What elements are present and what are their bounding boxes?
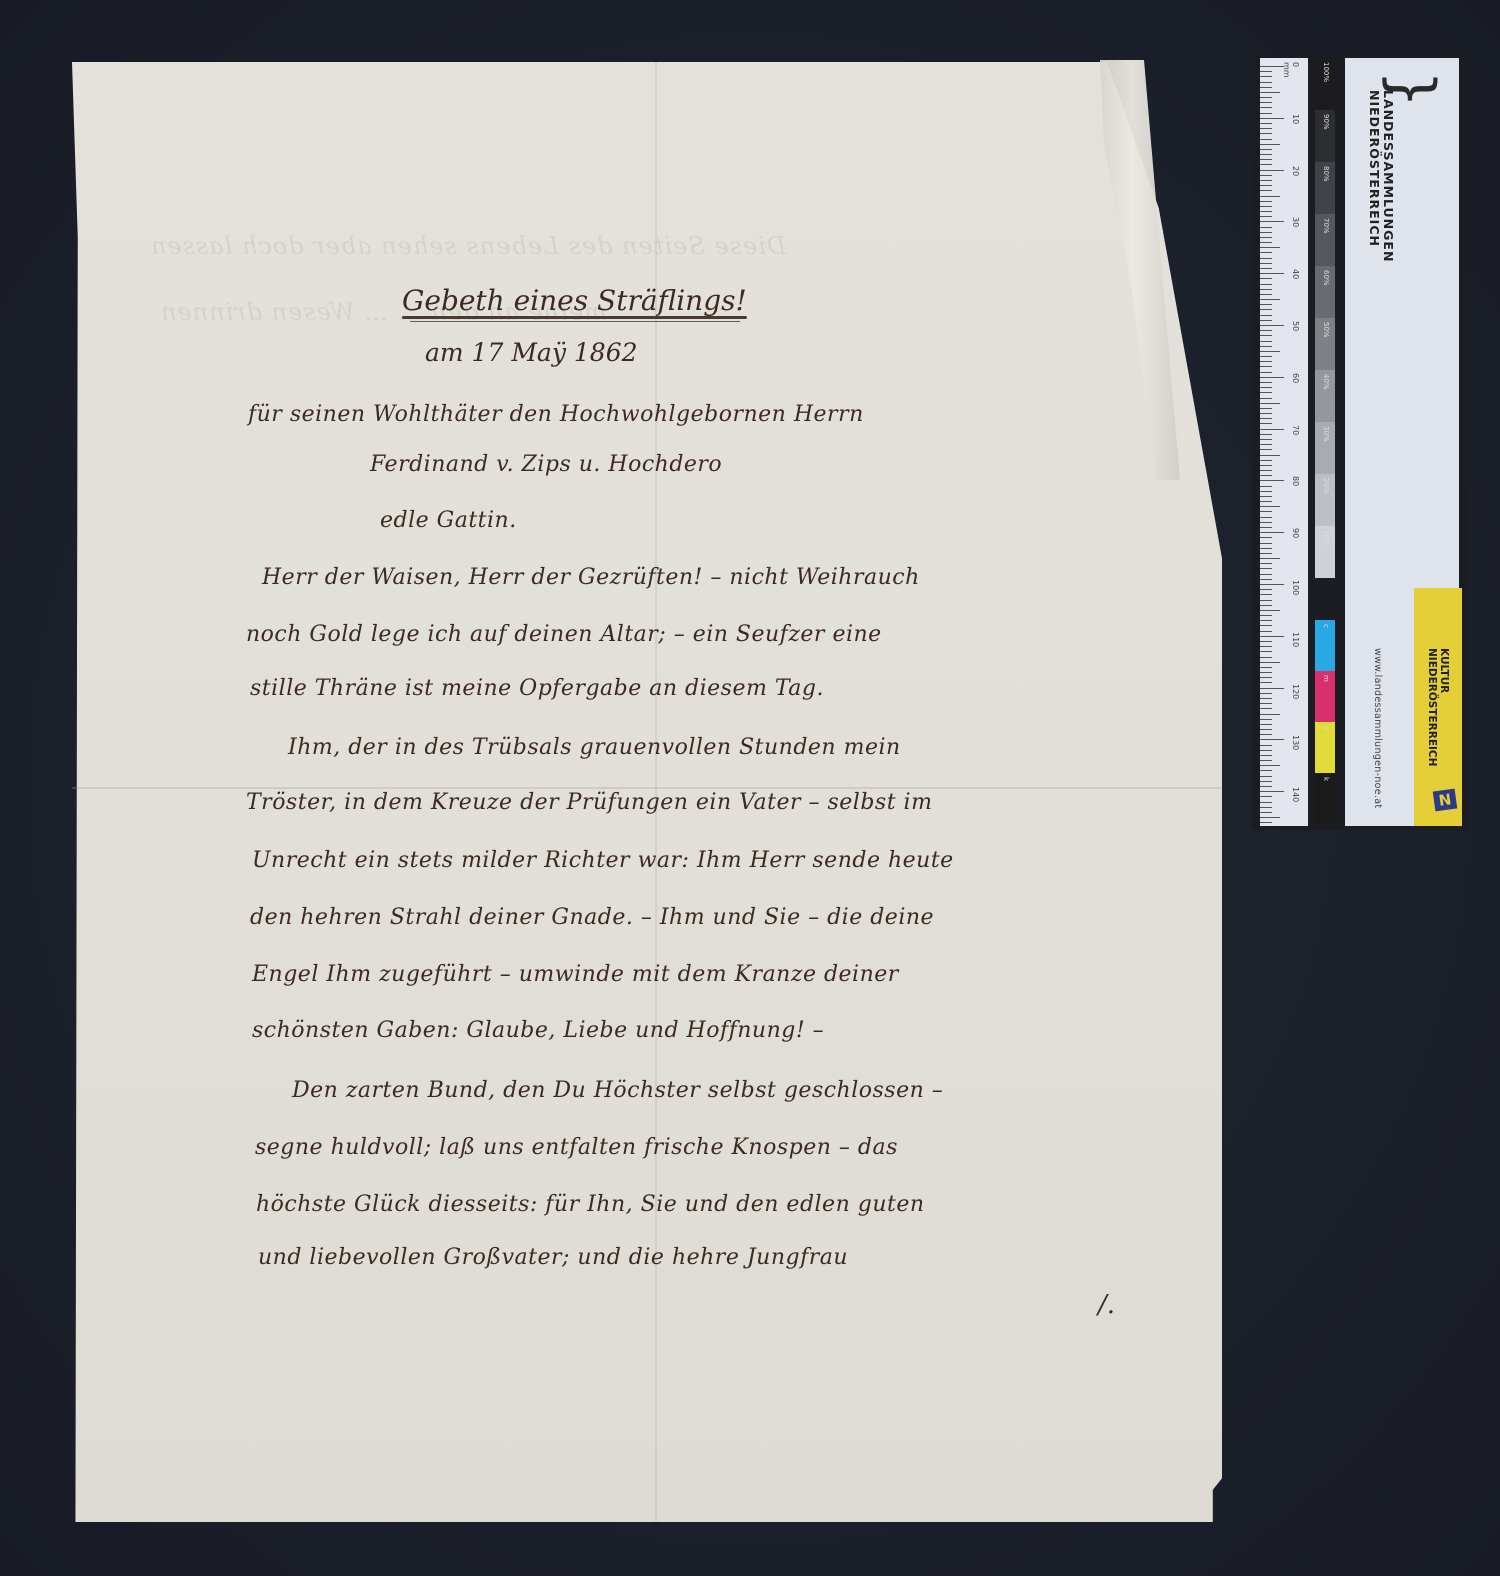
color-patch: k	[1315, 773, 1335, 824]
ruler-tick-label: 60	[1291, 373, 1300, 383]
ruler-tick-label: 0 mm	[1282, 62, 1300, 78]
ruler-tick-label: 80	[1291, 476, 1300, 486]
ruler-tick	[1260, 584, 1284, 585]
ruler-tick	[1260, 444, 1272, 445]
ruler-tick	[1260, 423, 1272, 424]
ruler-tick	[1260, 579, 1272, 580]
ruler-tick	[1260, 755, 1272, 756]
ruler-tick	[1260, 92, 1280, 93]
ruler-tick	[1260, 651, 1272, 652]
patch-label: 90%	[1322, 114, 1330, 130]
ruler-tick-label: 110	[1291, 632, 1300, 647]
ruler-tick	[1260, 71, 1272, 72]
ruler-tick	[1260, 263, 1272, 264]
body-line: den hehren Strahl deiner Gnade. – Ihm un…	[250, 905, 934, 930]
horizontal-fold-crease	[72, 787, 1222, 789]
ruler-tick	[1260, 631, 1272, 632]
ruler-tick	[1260, 594, 1272, 595]
ruler-tick	[1260, 511, 1272, 512]
ruler-tick	[1260, 107, 1272, 108]
body-line: Tröster, in dem Kreuze der Prüfungen ein…	[246, 790, 932, 815]
ruler-tick	[1260, 703, 1272, 704]
title-underline	[402, 316, 747, 319]
document-date: am 17 Maÿ 1862	[425, 338, 638, 367]
ruler-tick	[1260, 667, 1272, 668]
ruler-tick	[1260, 553, 1272, 554]
ruler-tick	[1260, 460, 1272, 461]
ruler-tick	[1260, 304, 1272, 305]
ruler-tick	[1260, 729, 1272, 730]
ruler-tick	[1260, 698, 1272, 699]
body-line: Herr der Waisen, Herr der Gezrüften! – n…	[262, 565, 920, 590]
patch-label: 30%	[1322, 426, 1330, 442]
gray-patch: 90%	[1315, 110, 1335, 162]
ruler-tick	[1260, 496, 1272, 497]
ruler-tick-label: 130	[1291, 735, 1300, 750]
ruler-tick	[1260, 657, 1272, 658]
website-url: www.landessammlungen-noe.at	[1372, 648, 1383, 808]
patch-label: 40%	[1322, 374, 1330, 390]
patch-label: 60%	[1322, 270, 1330, 286]
ruler-tick	[1260, 791, 1284, 792]
ruler-tick	[1260, 605, 1272, 606]
ruler-tick	[1260, 750, 1272, 751]
body-line: Ihm, der in des Trübsals grauenvollen St…	[288, 735, 901, 760]
body-line: segne huldvoll; laß uns entfalten frisch…	[255, 1135, 898, 1160]
ruler-tick	[1260, 745, 1272, 746]
ruler-tick	[1260, 760, 1272, 761]
ruler-tick	[1260, 149, 1272, 150]
ruler-tick	[1260, 480, 1284, 481]
ruler-tick	[1260, 455, 1280, 456]
patch-label: c	[1322, 624, 1330, 628]
ruler-tick	[1260, 662, 1280, 663]
patch-label: 20%	[1322, 478, 1330, 494]
ruler-tick	[1260, 341, 1272, 342]
ruler-tick-label: 120	[1291, 684, 1300, 699]
ruler-tick	[1260, 180, 1272, 181]
ruler-tick	[1260, 170, 1284, 171]
ruler-tick	[1260, 82, 1272, 83]
ruler-tick	[1260, 237, 1272, 238]
ruler-tick	[1260, 817, 1280, 818]
ruler-tick	[1260, 154, 1272, 155]
ruler-tick	[1260, 97, 1272, 98]
ruler-tick	[1260, 739, 1284, 740]
body-line: Unrecht ein stets milder Richter war: Ih…	[252, 848, 954, 873]
gray-patch: 40%	[1315, 370, 1335, 422]
ruler-tick	[1260, 781, 1272, 782]
ruler-tick	[1260, 175, 1272, 176]
color-patch: y	[1315, 722, 1335, 773]
ruler-tick	[1260, 522, 1272, 523]
kultur-line: KULTUR	[1438, 648, 1450, 766]
ruler-tick	[1260, 309, 1272, 310]
ruler-tick	[1260, 558, 1280, 559]
ruler-tick	[1260, 144, 1280, 145]
ruler-tick	[1260, 102, 1272, 103]
ruler-tick	[1260, 439, 1272, 440]
ruler-tick	[1260, 139, 1272, 140]
gray-patch: 60%	[1315, 266, 1335, 318]
brand-line: LANDESSAMMLUNGEN	[1381, 90, 1395, 262]
ruler-tick	[1260, 227, 1272, 228]
body-line: Engel Ihm zugeführt – umwinde mit dem Kr…	[252, 962, 899, 987]
ruler-tick	[1260, 123, 1272, 124]
ruler-tick	[1260, 532, 1284, 533]
body-line: schönsten Gaben: Glaube, Liebe und Hoffn…	[252, 1018, 824, 1043]
dedication-line: Ferdinand v. Zips u. Hochdero	[370, 452, 722, 477]
ruler-tick	[1260, 273, 1284, 274]
ruler-tick-label: 50	[1291, 321, 1300, 331]
patch-label: 50%	[1322, 322, 1330, 338]
ruler-tick	[1260, 392, 1272, 393]
ruler-tick	[1260, 563, 1272, 564]
body-line: noch Gold lege ich auf deinen Altar; – e…	[246, 622, 882, 647]
ruler-tick	[1260, 636, 1284, 637]
ruler-tick	[1260, 278, 1272, 279]
ruler-tick	[1260, 770, 1272, 771]
dedication-line: für seinen Wohlthäter den Hochwohlgeborn…	[248, 402, 864, 427]
ruler-tick	[1260, 346, 1272, 347]
color-patch: c	[1315, 620, 1335, 671]
gray-patch: 100%	[1315, 58, 1335, 110]
ruler-tick	[1260, 361, 1272, 362]
ruler-tick	[1260, 574, 1272, 575]
ruler-tick	[1260, 335, 1272, 336]
ruler-tick	[1260, 413, 1272, 414]
ruler-tick	[1260, 387, 1272, 388]
ruler-tick	[1260, 776, 1272, 777]
millimeter-ruler: 0 mm102030405060708090100110120130140	[1260, 58, 1308, 826]
ruler-tick	[1260, 418, 1272, 419]
patch-label: y	[1322, 726, 1330, 730]
ruler-tick-label: 140	[1291, 787, 1300, 802]
ruler-tick	[1260, 796, 1272, 797]
ruler-tick	[1260, 449, 1272, 450]
kultur-line: NIEDERÖSTERREICH	[1426, 648, 1438, 766]
noe-logo-icon: N	[1433, 789, 1458, 812]
ruler-tick	[1260, 185, 1272, 186]
patch-label: 100%	[1322, 62, 1330, 82]
ruler-tick	[1260, 356, 1272, 357]
ruler-tick	[1260, 382, 1272, 383]
ruler-tick	[1260, 289, 1272, 290]
ruler-tick-label: 70	[1291, 425, 1300, 435]
ruler-tick	[1260, 537, 1272, 538]
ruler-tick	[1260, 315, 1272, 316]
ruler-tick	[1260, 76, 1272, 77]
gray-patch: 30%	[1315, 422, 1335, 474]
ruler-tick	[1260, 372, 1272, 373]
title-underline	[410, 321, 740, 322]
document-title: Gebeth eines Sträflings!	[402, 284, 747, 317]
ruler-tick	[1260, 434, 1272, 435]
ruler-tick	[1260, 568, 1272, 569]
ruler-tick	[1260, 527, 1272, 528]
continuation-mark: /.	[1098, 1290, 1115, 1320]
ruler-tick	[1260, 113, 1272, 114]
ruler-tick	[1260, 501, 1272, 502]
ruler-tick-label: 20	[1291, 166, 1300, 176]
ruler-tick	[1260, 66, 1284, 67]
ruler-tick	[1260, 491, 1272, 492]
ruler-tick	[1260, 724, 1272, 725]
ruler-tick	[1260, 517, 1272, 518]
ruler-tick	[1260, 268, 1272, 269]
ruler-tick	[1260, 408, 1272, 409]
ruler-tick	[1260, 470, 1272, 471]
gray-patch: 70%	[1315, 214, 1335, 266]
kultur-label: KULTUR NIEDERÖSTERREICH	[1426, 648, 1450, 766]
ruler-tick	[1260, 403, 1280, 404]
ruler-tick	[1260, 133, 1272, 134]
ruler-tick	[1260, 688, 1284, 689]
ruler-tick	[1260, 719, 1272, 720]
ruler-tick	[1260, 232, 1272, 233]
ruler-tick	[1260, 258, 1272, 259]
ruler-tick-label: 40	[1291, 269, 1300, 279]
ruler-tick	[1260, 398, 1272, 399]
ruler-tick-label: 90	[1291, 528, 1300, 538]
ruler-tick	[1260, 682, 1272, 683]
ruler-tick	[1260, 786, 1272, 787]
patch-label: k	[1322, 777, 1330, 781]
ruler-tick	[1260, 190, 1272, 191]
ruler-tick	[1260, 677, 1272, 678]
ruler-tick	[1260, 206, 1272, 207]
ruler-tick	[1260, 159, 1272, 160]
ruler-tick	[1260, 672, 1272, 673]
ruler-tick	[1260, 625, 1272, 626]
ruler-tick	[1260, 589, 1272, 590]
ruler-tick	[1260, 211, 1272, 212]
ruler-tick	[1260, 284, 1272, 285]
color-patch: m	[1315, 671, 1335, 722]
ruler-tick	[1260, 465, 1272, 466]
ruler-tick	[1260, 734, 1272, 735]
patch-label: m	[1322, 675, 1330, 682]
patch-label: 80%	[1322, 166, 1330, 182]
ruler-tick	[1260, 543, 1272, 544]
patch-label: 70%	[1322, 218, 1330, 234]
scale-divider	[1338, 58, 1344, 826]
ruler-tick	[1260, 242, 1272, 243]
ruler-tick	[1260, 714, 1280, 715]
ruler-tick	[1260, 366, 1272, 367]
bleed-through-text: Diese Seiten des Lebens sehen aber doch …	[150, 232, 786, 260]
ruler-tick	[1260, 812, 1272, 813]
ruler-tick	[1260, 294, 1272, 295]
body-line: Den zarten Bund, den Du Höchster selbst …	[292, 1078, 943, 1103]
ruler-tick	[1260, 118, 1284, 119]
gray-patch: 50%	[1315, 318, 1335, 370]
brand-line: NIEDERÖSTERREICH	[1367, 90, 1381, 262]
ruler-tick	[1260, 252, 1272, 253]
dedication-line: edle Gattin.	[380, 508, 517, 533]
body-line: und liebevollen Großvater; und die hehre…	[258, 1245, 848, 1270]
ruler-tick	[1260, 548, 1272, 549]
ruler-tick	[1260, 641, 1272, 642]
ruler-tick	[1260, 201, 1272, 202]
ruler-tick	[1260, 822, 1272, 823]
ruler-tick	[1260, 377, 1284, 378]
ruler-tick	[1260, 802, 1272, 803]
ruler-tick	[1260, 87, 1272, 88]
gray-patch: 10%	[1315, 526, 1335, 578]
ruler-tick	[1260, 164, 1272, 165]
ruler-tick	[1260, 475, 1272, 476]
ruler-tick	[1260, 128, 1272, 129]
brand-name: LANDESSAMMLUNGEN NIEDERÖSTERREICH	[1367, 90, 1395, 262]
ruler-tick	[1260, 320, 1272, 321]
ruler-tick	[1260, 615, 1272, 616]
ruler-tick-label: 10	[1291, 114, 1300, 124]
ruler-tick	[1260, 600, 1272, 601]
ruler-tick	[1260, 646, 1272, 647]
body-line: stille Thräne ist meine Opfergabe an die…	[250, 676, 824, 701]
ruler-tick	[1260, 506, 1280, 507]
gray-patch: 80%	[1315, 162, 1335, 214]
patch-label: 10%	[1322, 530, 1330, 546]
ruler-tick	[1260, 299, 1280, 300]
body-line: höchste Glück diesseits: für Ihn, Sie un…	[256, 1192, 925, 1217]
ruler-tick	[1260, 620, 1272, 621]
gray-patch: 20%	[1315, 474, 1335, 526]
ruler-tick	[1260, 351, 1280, 352]
ruler-tick	[1260, 196, 1280, 197]
ruler-tick	[1260, 330, 1272, 331]
ruler-tick	[1260, 325, 1284, 326]
ruler-tick	[1260, 807, 1272, 808]
ruler-tick-label: 100	[1291, 580, 1300, 595]
ruler-tick	[1260, 610, 1280, 611]
ruler-tick	[1260, 429, 1284, 430]
ruler-tick	[1260, 486, 1272, 487]
ruler-tick	[1260, 216, 1272, 217]
ruler-tick	[1260, 221, 1284, 222]
ruler-tick	[1260, 765, 1280, 766]
ruler-tick	[1260, 693, 1272, 694]
ruler-tick	[1260, 247, 1280, 248]
ruler-tick-label: 30	[1291, 217, 1300, 227]
ruler-tick	[1260, 708, 1272, 709]
